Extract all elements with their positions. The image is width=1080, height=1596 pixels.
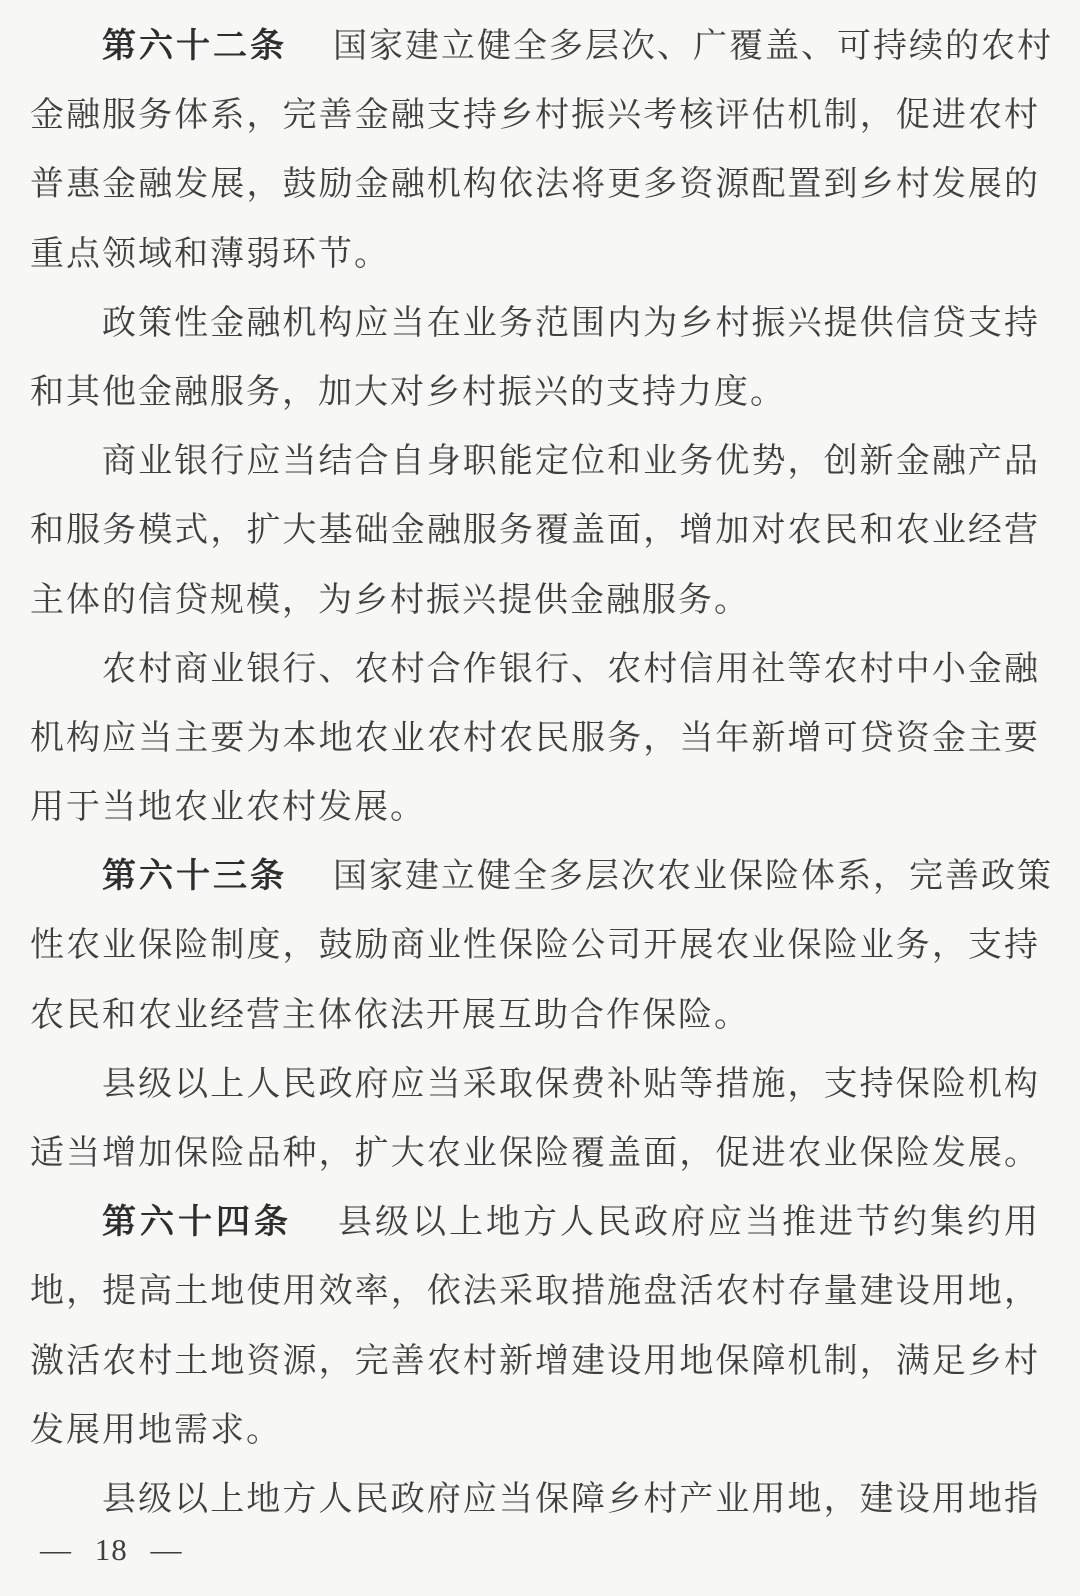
text-line: 发展用地需求。 (30, 1396, 1040, 1465)
text-line: 农民和农业经营主体依法开展互助合作保险。 (30, 981, 1040, 1050)
text-line: 重点领域和薄弱环节。 (30, 220, 1040, 289)
line-text: 农民和农业经营主体依法开展互助合作保险。 (30, 997, 750, 1034)
text-line: 商业银行应当结合自身职能定位和业务优势，创新金融产品 (30, 427, 1040, 496)
text-line: 性农业保险制度，鼓励商业性保险公司开展农业保险业务，支持 (30, 911, 1040, 980)
text-line: 第六十四条县级以上地方人民政府应当推进节约集约用 (30, 1188, 1040, 1257)
line-text: 和其他金融服务，加大对乡村振兴的支持力度。 (30, 374, 786, 411)
line-text: 主体的信贷规模，为乡村振兴提供金融服务。 (30, 582, 750, 619)
text-line: 用于当地农业农村发展。 (30, 773, 1040, 842)
page-number: — 18 — (40, 1532, 183, 1568)
line-text: 适当增加保险品种，扩大农业保险覆盖面，促进农业保险发展。 (30, 1135, 1040, 1172)
text-line: 主体的信贷规模，为乡村振兴提供金融服务。 (30, 566, 1040, 635)
article-64-heading: 第六十四条 (102, 1203, 292, 1241)
line-text: 和服务模式，扩大基础金融服务覆盖面，增加对农民和农业经营 (30, 512, 1040, 549)
text-line: 第六十三条国家建立健全多层次农业保险体系，完善政策 (30, 842, 1040, 911)
line-text: 商业银行应当结合自身职能定位和业务优势，创新金融产品 (102, 443, 1040, 480)
text-line: 机构应当主要为本地农业农村农民服务，当年新增可贷资金主要 (30, 704, 1040, 773)
line-text: 用于当地农业农村发展。 (30, 789, 426, 826)
document-body: 第六十二条国家建立健全多层次、广覆盖、可持续的农村 金融服务体系，完善金融支持乡… (30, 12, 1040, 1534)
text-line: 和其他金融服务，加大对乡村振兴的支持力度。 (30, 358, 1040, 427)
line-text: 性农业保险制度，鼓励商业性保险公司开展农业保险业务，支持 (30, 927, 1040, 964)
text-line: 县级以上人民政府应当采取保费补贴等措施，支持保险机构 (30, 1050, 1040, 1119)
text-line: 适当增加保险品种，扩大农业保险覆盖面，促进农业保险发展。 (30, 1119, 1040, 1188)
line-text: 激活农村土地资源，完善农村新增建设用地保障机制，满足乡村 (30, 1343, 1040, 1380)
text-line: 金融服务体系，完善金融支持乡村振兴考核评估机制，促进农村 (30, 81, 1040, 150)
text-line: 普惠金融发展，鼓励金融机构依法将更多资源配置到乡村发展的 (30, 150, 1040, 219)
text-line: 激活农村土地资源，完善农村新增建设用地保障机制，满足乡村 (30, 1327, 1040, 1396)
text-line: 第六十二条国家建立健全多层次、广覆盖、可持续的农村 (30, 12, 1040, 81)
line-text: 县级以上地方人民政府应当推进节约集约用 (338, 1204, 1040, 1241)
line-text: 机构应当主要为本地农业农村农民服务，当年新增可贷资金主要 (30, 720, 1040, 757)
text-line: 和服务模式，扩大基础金融服务覆盖面，增加对农民和农业经营 (30, 496, 1040, 565)
line-text: 县级以上人民政府应当采取保费补贴等措施，支持保险机构 (102, 1066, 1040, 1103)
line-text: 发展用地需求。 (30, 1412, 282, 1449)
article-62-heading: 第六十二条 (102, 27, 287, 65)
article-63-heading: 第六十三条 (102, 857, 287, 895)
line-text: 重点领域和薄弱环节。 (30, 236, 390, 273)
line-text: 县级以上地方人民政府应当保障乡村产业用地，建设用地指 (102, 1481, 1040, 1518)
line-text: 政策性金融机构应当在业务范围内为乡村振兴提供信贷支持 (102, 305, 1040, 342)
line-text: 普惠金融发展，鼓励金融机构依法将更多资源配置到乡村发展的 (30, 166, 1040, 203)
line-text: 农村商业银行、农村合作银行、农村信用社等农村中小金融 (102, 651, 1040, 688)
line-text: 地，提高土地使用效率，依法采取措施盘活农村存量建设用地， (30, 1273, 1040, 1310)
line-text: 金融服务体系，完善金融支持乡村振兴考核评估机制，促进农村 (30, 97, 1040, 134)
text-line: 县级以上地方人民政府应当保障乡村产业用地，建设用地指 (30, 1465, 1040, 1534)
scanned-document-page: 第六十二条国家建立健全多层次、广覆盖、可持续的农村 金融服务体系，完善金融支持乡… (0, 0, 1080, 1596)
text-line: 地，提高土地使用效率，依法采取措施盘活农村存量建设用地， (30, 1257, 1040, 1326)
text-line: 政策性金融机构应当在业务范围内为乡村振兴提供信贷支持 (30, 289, 1040, 358)
text-line: 农村商业银行、农村合作银行、农村信用社等农村中小金融 (30, 635, 1040, 704)
line-text: 国家建立健全多层次、广覆盖、可持续的农村 (333, 28, 1053, 65)
line-text: 国家建立健全多层次农业保险体系，完善政策 (333, 858, 1053, 895)
